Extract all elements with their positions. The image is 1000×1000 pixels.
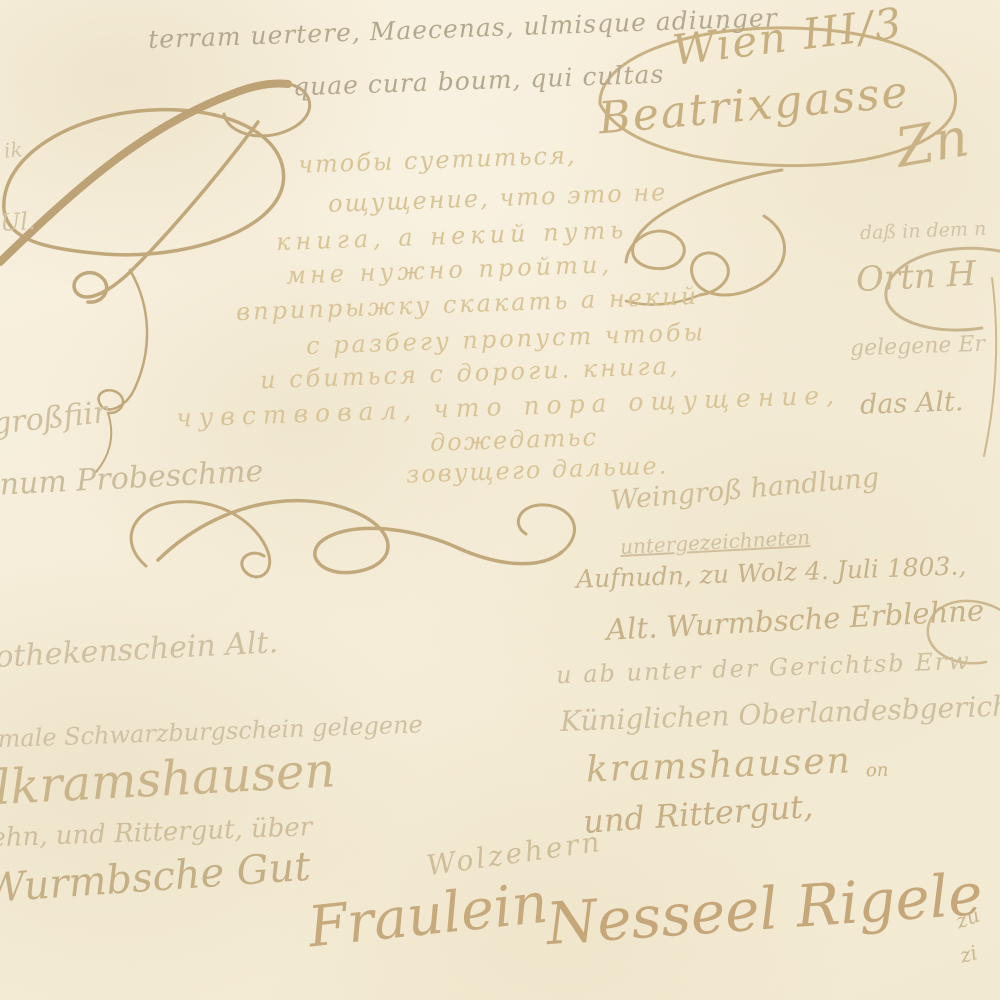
signature-nesseel-rigele: Nesseel Rigele <box>545 865 985 953</box>
parchment-wallpaper: terram uertere, Maecenas, ulmisque adiun… <box>0 0 1000 1000</box>
german-line-wurmbsche-gut: Wurmbsche Gut <box>0 847 312 910</box>
flourish-divider <box>131 501 574 577</box>
edge-fragment-zu-2: zi <box>958 942 980 966</box>
russian-script-line-3: книга, а некий путь <box>276 218 629 254</box>
german-line-wolzehern: Wolzehern <box>425 828 604 880</box>
edge-fragment-ortn: Ortn H <box>855 257 977 297</box>
german-line-volkramshausen: olkramshausen <box>0 746 336 813</box>
edge-fragment-ull: Ul. <box>0 209 36 235</box>
german-line-gerichts: u ab unter der Gerichtsb Erw <box>556 649 971 687</box>
signature-fraulein: Fraulein <box>306 876 551 957</box>
russian-script-line-7: и сбиться с дороги. книга, <box>260 354 681 393</box>
german-date-line-1803: Aufnudn, zu Wolz 4. Juli 1803., <box>576 553 967 592</box>
russian-script-line-9: дожедатьс <box>430 425 599 455</box>
russian-script-line-4: мне нужно пройти, <box>286 252 614 287</box>
german-line-koniglichen: Küniglichen Oberlandesbgericht <box>560 692 1000 736</box>
german-line-hypothekenschein: gothekenschein Alt. <box>0 628 279 674</box>
edge-fragment-ik: ik <box>3 139 23 161</box>
german-line-erblehne: Alt. Wurmbsche Erblehne <box>606 596 985 645</box>
german-line-und-rittergut: und Rittergut, <box>582 790 814 838</box>
german-fragment-probeschm: lnum Probeschme <box>0 457 264 501</box>
russian-script-line-5: вприпрыжку скакать а некий <box>236 284 700 324</box>
flourish-right-swash <box>984 278 996 456</box>
german-line-kramshausen: kramshausen <box>585 743 852 788</box>
russian-script-line-10: зовущего дальше. <box>406 453 669 486</box>
german-fragment-on: on <box>866 762 889 781</box>
edge-fragment-dass-in-dem: daß in dem n <box>860 220 987 243</box>
russian-script-line-2: ощущение, что это не <box>328 180 668 216</box>
edge-fragment-gelegene: gelegene Er <box>850 334 986 361</box>
edge-fragment-zn: Zn <box>892 110 973 176</box>
edge-fragment-das-alt: das Alt. <box>860 388 964 419</box>
german-line-schwarzburg: hmale Schwarzburgschein gelegene <box>0 712 423 751</box>
german-fragment-grossfiir: großfiir <box>0 398 109 440</box>
russian-script-line-1: чтобы суетиться, <box>298 143 577 177</box>
german-line-untergezeichneten: untergezeichneten <box>620 527 811 557</box>
